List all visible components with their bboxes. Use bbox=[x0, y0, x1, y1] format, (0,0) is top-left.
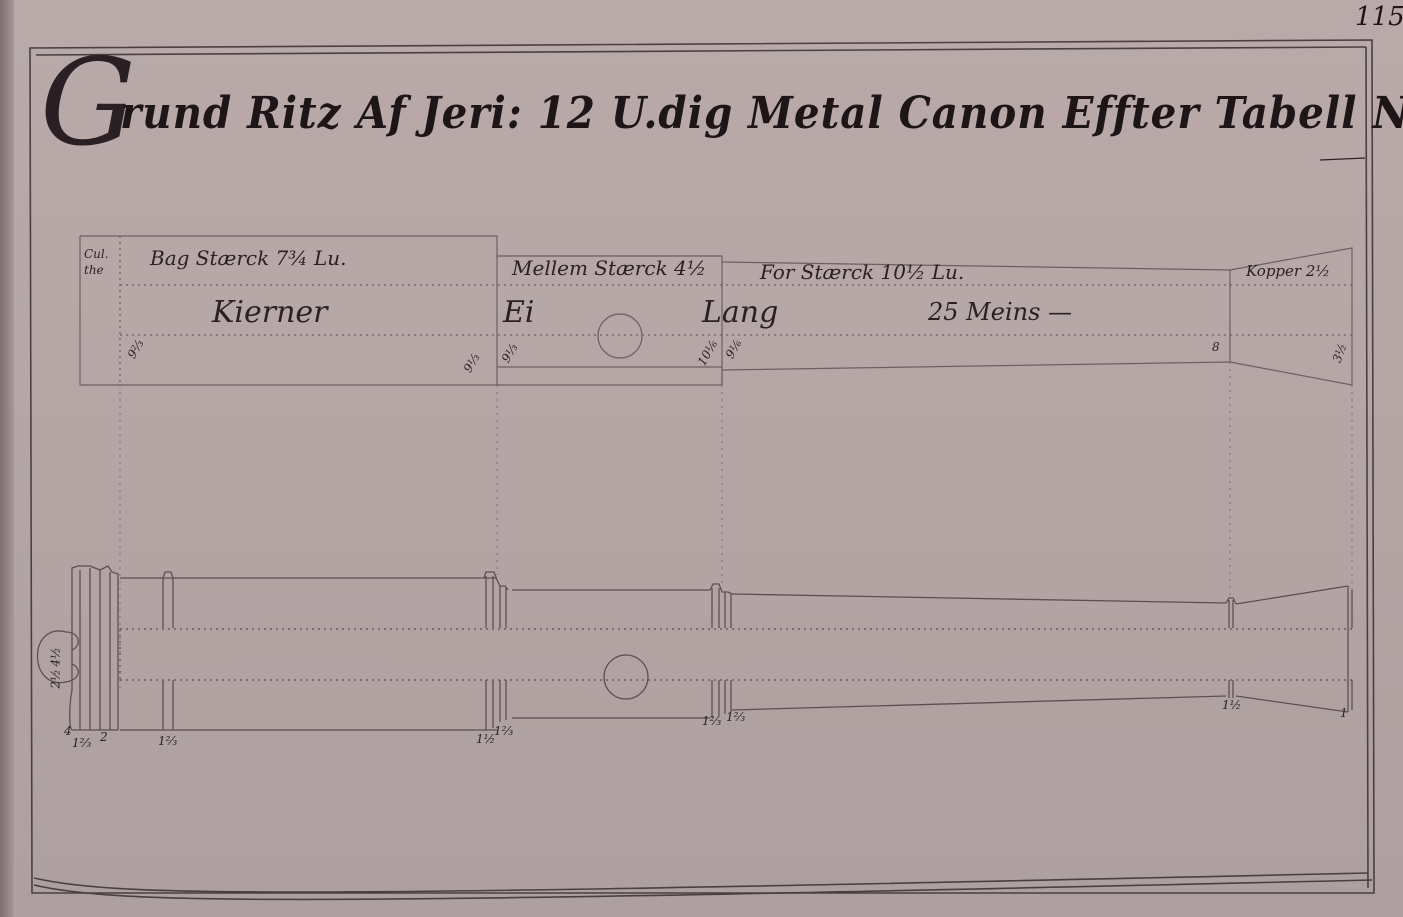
bore-axis bbox=[120, 629, 1352, 680]
page-title: rund Ritz Af Jeri: 12 U.dig Metal Canon … bbox=[120, 88, 1403, 139]
trunnion-circle bbox=[604, 655, 648, 699]
elevation-mark: 1⅔ bbox=[158, 734, 177, 748]
projection-lines bbox=[120, 362, 1352, 690]
elevation-mark: 2½ bbox=[49, 669, 63, 688]
diameter-mark: 8 bbox=[1212, 340, 1220, 354]
length-word-3: Lang bbox=[702, 295, 778, 330]
elevation-mark: 1 bbox=[1340, 706, 1348, 720]
manuscript-page: G rund Ritz Af Jeri: 12 U.dig Metal Cano… bbox=[0, 0, 1403, 917]
length-word-4: 25 Meins — bbox=[928, 298, 1072, 326]
elevation-mark: 1⅔ bbox=[702, 714, 721, 728]
length-word-1: Kierner bbox=[212, 295, 328, 330]
section-label-kopper: Kopper 2½ bbox=[1246, 262, 1330, 280]
elevation-mark: 1⅔ bbox=[72, 736, 91, 750]
page-border bbox=[30, 40, 1374, 899]
elevation-mark: 1½ bbox=[476, 732, 495, 746]
elevation-mark: 4½ bbox=[49, 647, 63, 666]
length-word-2: Ei bbox=[503, 295, 535, 330]
section-label-mellem: Mellem Stærck 4½ bbox=[512, 256, 706, 280]
elevation-mark: 1½ bbox=[1222, 698, 1241, 712]
section-label-for: For Stærck 10½ Lu. bbox=[760, 260, 964, 284]
barrel-elevation bbox=[38, 566, 1353, 730]
section-label-bag: Bag Stærck 7¾ Lu. bbox=[150, 246, 347, 270]
elevation-mark: 4 bbox=[64, 724, 72, 738]
section-label-cascabel: Cul. the bbox=[84, 246, 118, 278]
elevation-mark: 2 bbox=[100, 730, 108, 744]
elevation-mark: 1⅔ bbox=[726, 710, 745, 724]
page-number: 115 bbox=[1355, 2, 1403, 32]
elevation-mark: 1⅔ bbox=[494, 724, 513, 738]
